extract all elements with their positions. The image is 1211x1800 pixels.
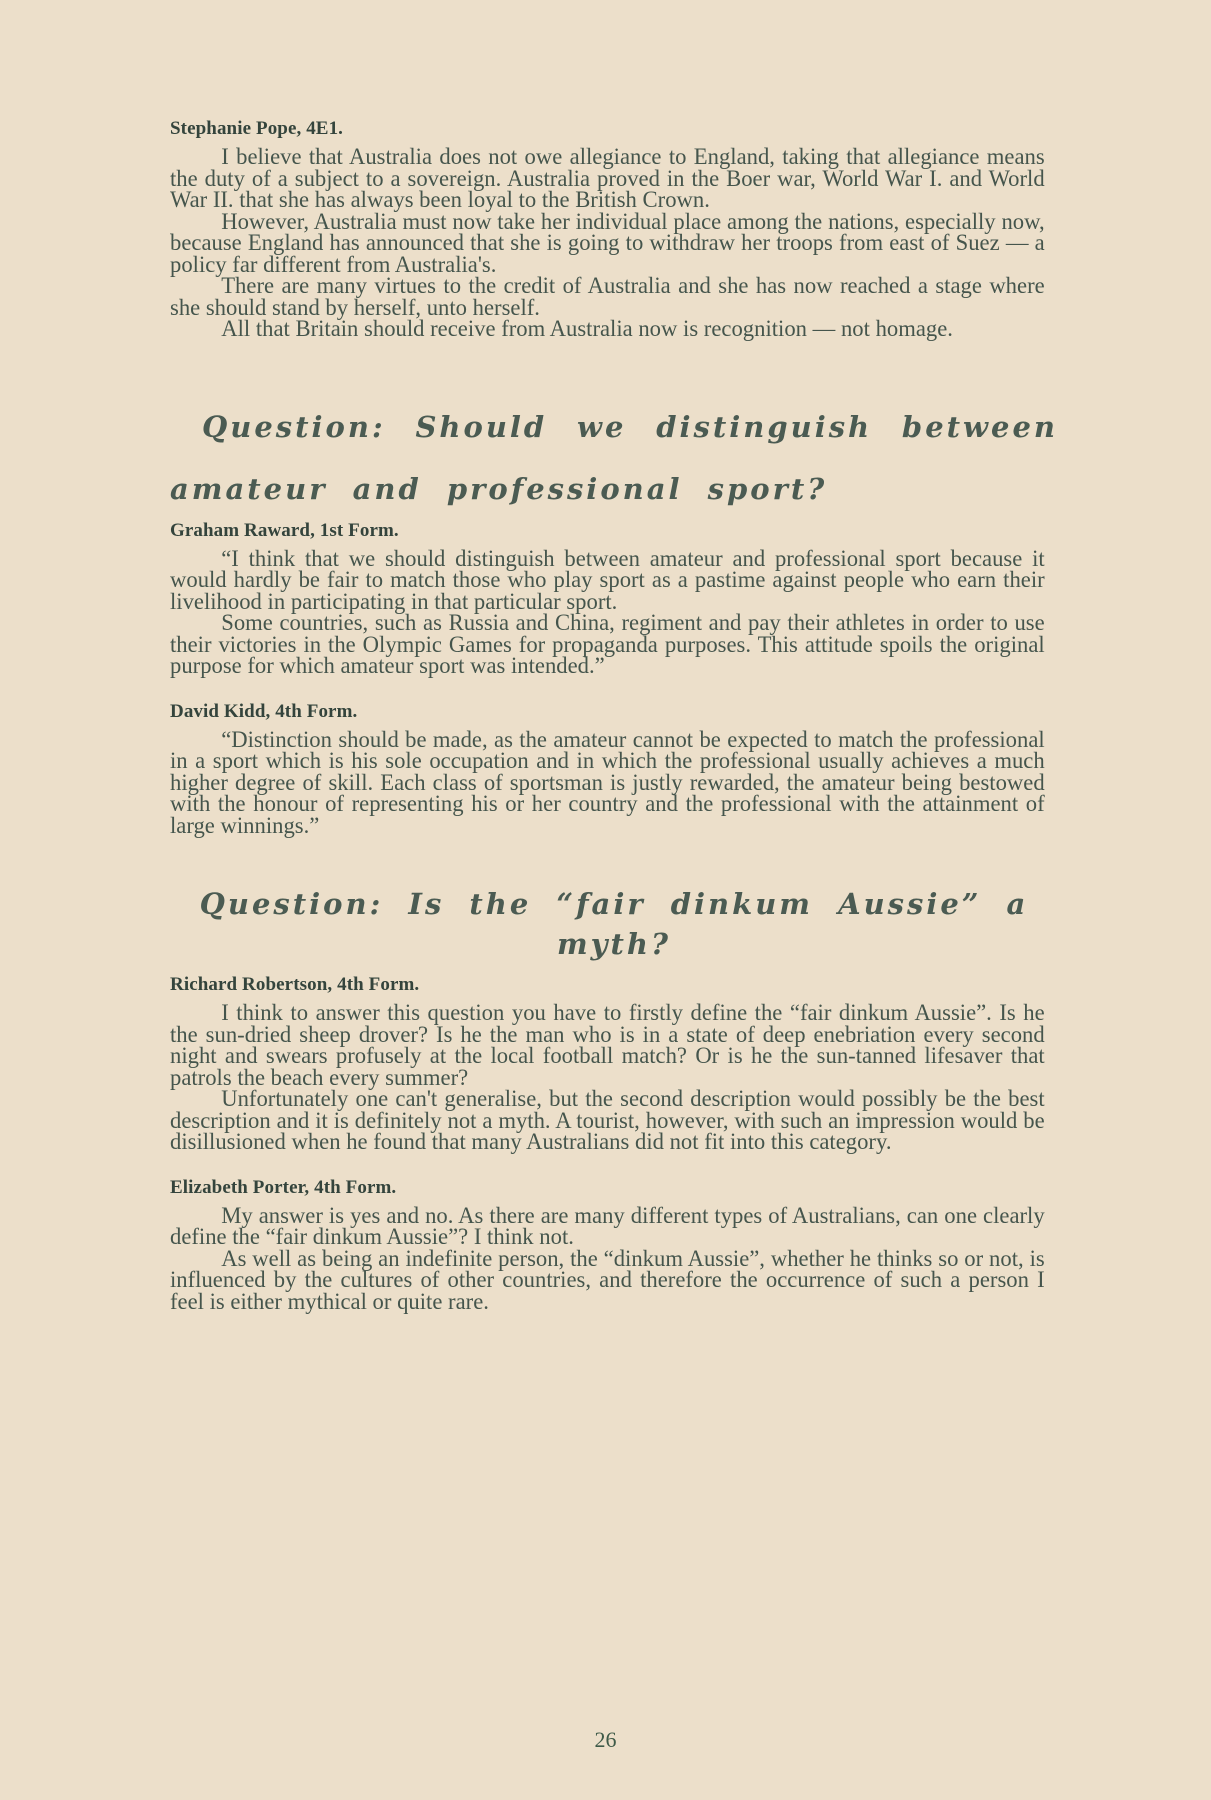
paragraph: However, Australia must now take her ind…: [170, 211, 1045, 276]
author-name: David Kidd, 4th Form.: [170, 701, 1058, 723]
paragraph: I think to answer this question you have…: [170, 1002, 1045, 1088]
paragraph: My answer is yes and no. As there are ma…: [170, 1205, 1045, 1248]
paragraph: “Distinction should be made, as the amat…: [170, 729, 1045, 837]
paragraph: Some countries, such as Russia and China…: [170, 612, 1045, 677]
response-david-kidd: David Kidd, 4th Form. “Distinction shoul…: [170, 701, 1058, 837]
response-stephanie-pope: Stephanie Pope, 4E1. I believe that Aust…: [170, 118, 1058, 340]
document-page: Stephanie Pope, 4E1. I believe that Aust…: [170, 118, 1058, 1336]
response-richard-robertson: Richard Robertson, 4th Form. I think to …: [170, 974, 1058, 1153]
author-name: Elizabeth Porter, 4th Form.: [170, 1177, 1058, 1199]
response-graham-raward: Graham Raward, 1st Form. “I think that w…: [170, 520, 1058, 677]
author-name: Graham Raward, 1st Form.: [170, 520, 1058, 542]
paragraph: As well as being an indefinite person, t…: [170, 1248, 1045, 1313]
paragraph: All that Britain should receive from Aus…: [170, 318, 1045, 340]
page-number: 26: [0, 1727, 1211, 1753]
paragraph: Unfortunately one can't generalise, but …: [170, 1088, 1045, 1153]
question-heading-amateur-professional: Question: Should we distinguish between …: [170, 396, 1058, 520]
paragraph: There are many virtues to the credit of …: [170, 275, 1045, 318]
paragraph: “I think that we should distinguish betw…: [170, 548, 1045, 613]
response-elizabeth-porter: Elizabeth Porter, 4th Form. My answer is…: [170, 1177, 1058, 1313]
paragraph: I believe that Australia does not owe al…: [170, 146, 1045, 211]
question-heading-fair-dinkum-aussie: Question: Is the “fair dinkum Aussie” a …: [170, 884, 1058, 964]
author-name: Richard Robertson, 4th Form.: [170, 974, 1058, 996]
author-name: Stephanie Pope, 4E1.: [170, 118, 1058, 140]
